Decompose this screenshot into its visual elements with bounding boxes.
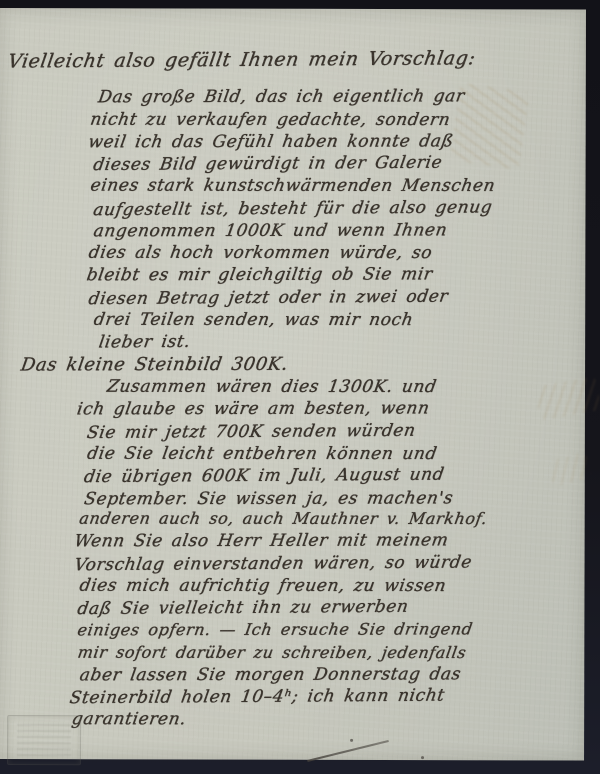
handwriting-line: Sie mir jetzt 700K senden würden	[86, 421, 418, 443]
handwriting-line: eines stark kunstschwärmenden Menschen	[89, 176, 497, 196]
handwriting-line: diesen Betrag jetzt oder in zwei oder	[87, 287, 449, 310]
embossed-stamp	[7, 715, 81, 765]
handwriting-line: dies als hoch vorkommen würde, so	[87, 243, 434, 263]
pencil-dot	[350, 739, 353, 742]
handwriting-line: aufgestellt ist, besteht für die also ge…	[92, 197, 494, 220]
handwriting-line: aber lassen Sie morgen Donnerstag das	[78, 664, 462, 685]
handwriting-line: September. Sie wissen ja, es machen's	[83, 488, 455, 509]
handwriting-line: mir sofort darüber zu schreiben, jedenfa…	[76, 643, 467, 662]
photo-background: Vielleicht also gefällt Ihnen mein Vorsc…	[0, 0, 600, 774]
handwriting-line: einiges opfern. — Ich ersuche Sie dringe…	[76, 619, 474, 639]
handwriting-line: Vorschlag einverstanden wären, so würde	[73, 552, 474, 575]
handwriting-line: Steinerbild holen 10–4ʰ; ich kann nicht	[68, 686, 446, 709]
handwriting-line: ich glaube es wäre am besten, wenn	[76, 398, 432, 419]
handwriting-line: lieber ist.	[97, 332, 191, 353]
handwriting-line: bleibt es mir gleichgiltig ob Sie mir	[85, 264, 434, 285]
handwriting-line: garantieren.	[70, 709, 187, 729]
handwriting-line: Das kleine Steinbild 300K.	[19, 354, 289, 376]
handwriting-line: die übrigen 600K im Juli, August und	[83, 465, 446, 488]
pencil-dot	[421, 756, 424, 759]
handwriting-line: die Sie leicht entbehren können und	[86, 444, 439, 464]
handwriting-line: daß Sie vielleicht ihn zu erwerben	[76, 597, 410, 619]
handwriting-line: dies mich aufrichtig freuen, zu wissen	[78, 576, 448, 596]
handwriting-line: Vielleicht also gefällt Ihnen mein Vorsc…	[6, 47, 477, 72]
handwriting-line: dieses Bild gewürdigt in der Galerie	[92, 153, 444, 175]
handwriting-line: Zusammen wären dies 1300K. und	[106, 377, 439, 397]
handwriting-line: weil ich das Gefühl haben konnte daß	[87, 131, 455, 152]
handwriting-line: drei Teilen senden, was mir noch	[92, 310, 414, 330]
letter-paper: Vielleicht also gefällt Ihnen mein Vorsc…	[0, 8, 586, 761]
handwriting-line: anderen auch so, auch Mauthner v. Markho…	[78, 509, 489, 528]
handwriting-line: nicht zu verkaufen gedachte, sondern	[89, 110, 452, 130]
handwriting-line: angenommen 1000K und wenn Ihnen	[92, 220, 449, 241]
handwriting-line: Wenn Sie also Herr Heller mit meinem	[73, 530, 450, 551]
handwriting-line: Das große Bild, das ich eigentlich gar	[97, 86, 467, 107]
ink-offset-mark	[450, 83, 530, 170]
